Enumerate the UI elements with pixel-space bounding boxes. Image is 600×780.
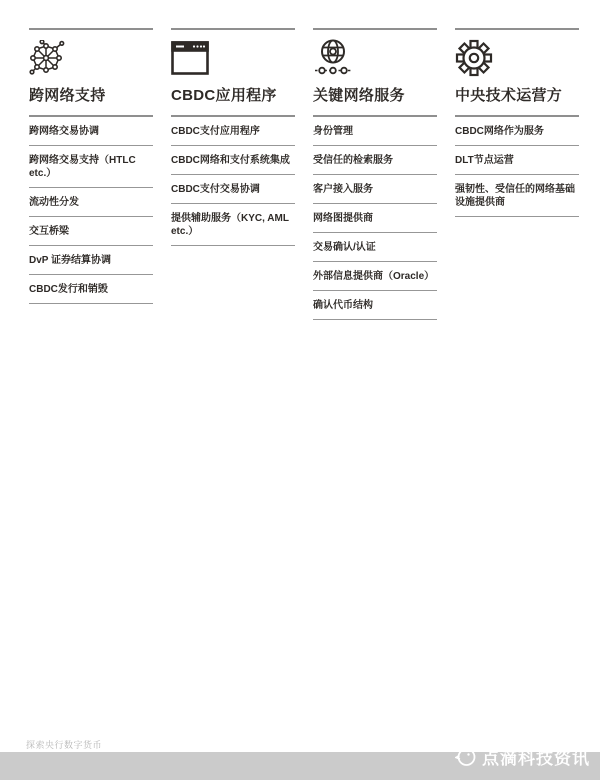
list-item: 受信任的检索服务	[313, 146, 437, 175]
category-column: 跨网络支持 跨网络交易协调跨网络交易支持（HTLC etc.）流动性分发交互桥梁…	[29, 28, 153, 320]
column-title: 关键网络服务	[313, 87, 437, 117]
list-item: CBDC支付交易协调	[171, 175, 295, 204]
column-items: CBDC网络作为服务DLT节点运营强韧性、受信任的网络基础设施提供商	[455, 117, 579, 217]
watermark-logo-icon	[455, 746, 477, 768]
list-item: 客户接入服务	[313, 175, 437, 204]
list-item: 强韧性、受信任的网络基础设施提供商	[455, 175, 579, 217]
gear-icon	[455, 37, 579, 79]
list-item: DvP 证券结算协调	[29, 246, 153, 275]
globe-network-icon	[313, 37, 437, 79]
browser-window-icon	[171, 37, 295, 79]
list-item: CBDC发行和销毁	[29, 275, 153, 304]
column-title: CBDC应用程序	[171, 87, 295, 117]
column-title: 中央技术运营方	[455, 87, 579, 117]
column-items: 身份管理受信任的检索服务客户接入服务网络图提供商交易确认/认证外部信息提供商（O…	[313, 117, 437, 320]
list-item: CBDC网络和支付系统集成	[171, 146, 295, 175]
list-item: 流动性分发	[29, 188, 153, 217]
column-items: 跨网络交易协调跨网络交易支持（HTLC etc.）流动性分发交互桥梁DvP 证券…	[29, 117, 153, 304]
list-item: 确认代币结构	[313, 291, 437, 320]
list-item: 外部信息提供商（Oracle）	[313, 262, 437, 291]
list-item: CBDC支付应用程序	[171, 117, 295, 146]
watermark: 点滴科技资讯	[455, 744, 590, 769]
category-column: 关键网络服务 身份管理受信任的检索服务客户接入服务网络图提供商交易确认/认证外部…	[313, 28, 437, 320]
footer-note: 探索央行数字货币	[26, 738, 102, 751]
list-item: 网络图提供商	[313, 204, 437, 233]
list-item: CBDC网络作为服务	[455, 117, 579, 146]
list-item: 身份管理	[313, 117, 437, 146]
list-item: 跨网络交易协调	[29, 117, 153, 146]
category-column: 中央技术运营方 CBDC网络作为服务DLT节点运营强韧性、受信任的网络基础设施提…	[455, 28, 579, 320]
category-column: CBDC应用程序 CBDC支付应用程序CBDC网络和支付系统集成CBDC支付交易…	[171, 28, 295, 320]
column-title: 跨网络支持	[29, 87, 153, 117]
list-item: 跨网络交易支持（HTLC etc.）	[29, 146, 153, 188]
list-item: 提供辅助服务（KYC, AML etc.）	[171, 204, 295, 246]
column-items: CBDC支付应用程序CBDC网络和支付系统集成CBDC支付交易协调提供辅助服务（…	[171, 117, 295, 246]
columns-board: 跨网络支持 跨网络交易协调跨网络交易支持（HTLC etc.）流动性分发交互桥梁…	[29, 28, 580, 320]
list-item: 交互桥梁	[29, 217, 153, 246]
list-item: 交易确认/认证	[313, 233, 437, 262]
network-mesh-icon	[29, 37, 153, 79]
watermark-text: 点滴科技资讯	[482, 744, 590, 769]
list-item: DLT节点运营	[455, 146, 579, 175]
